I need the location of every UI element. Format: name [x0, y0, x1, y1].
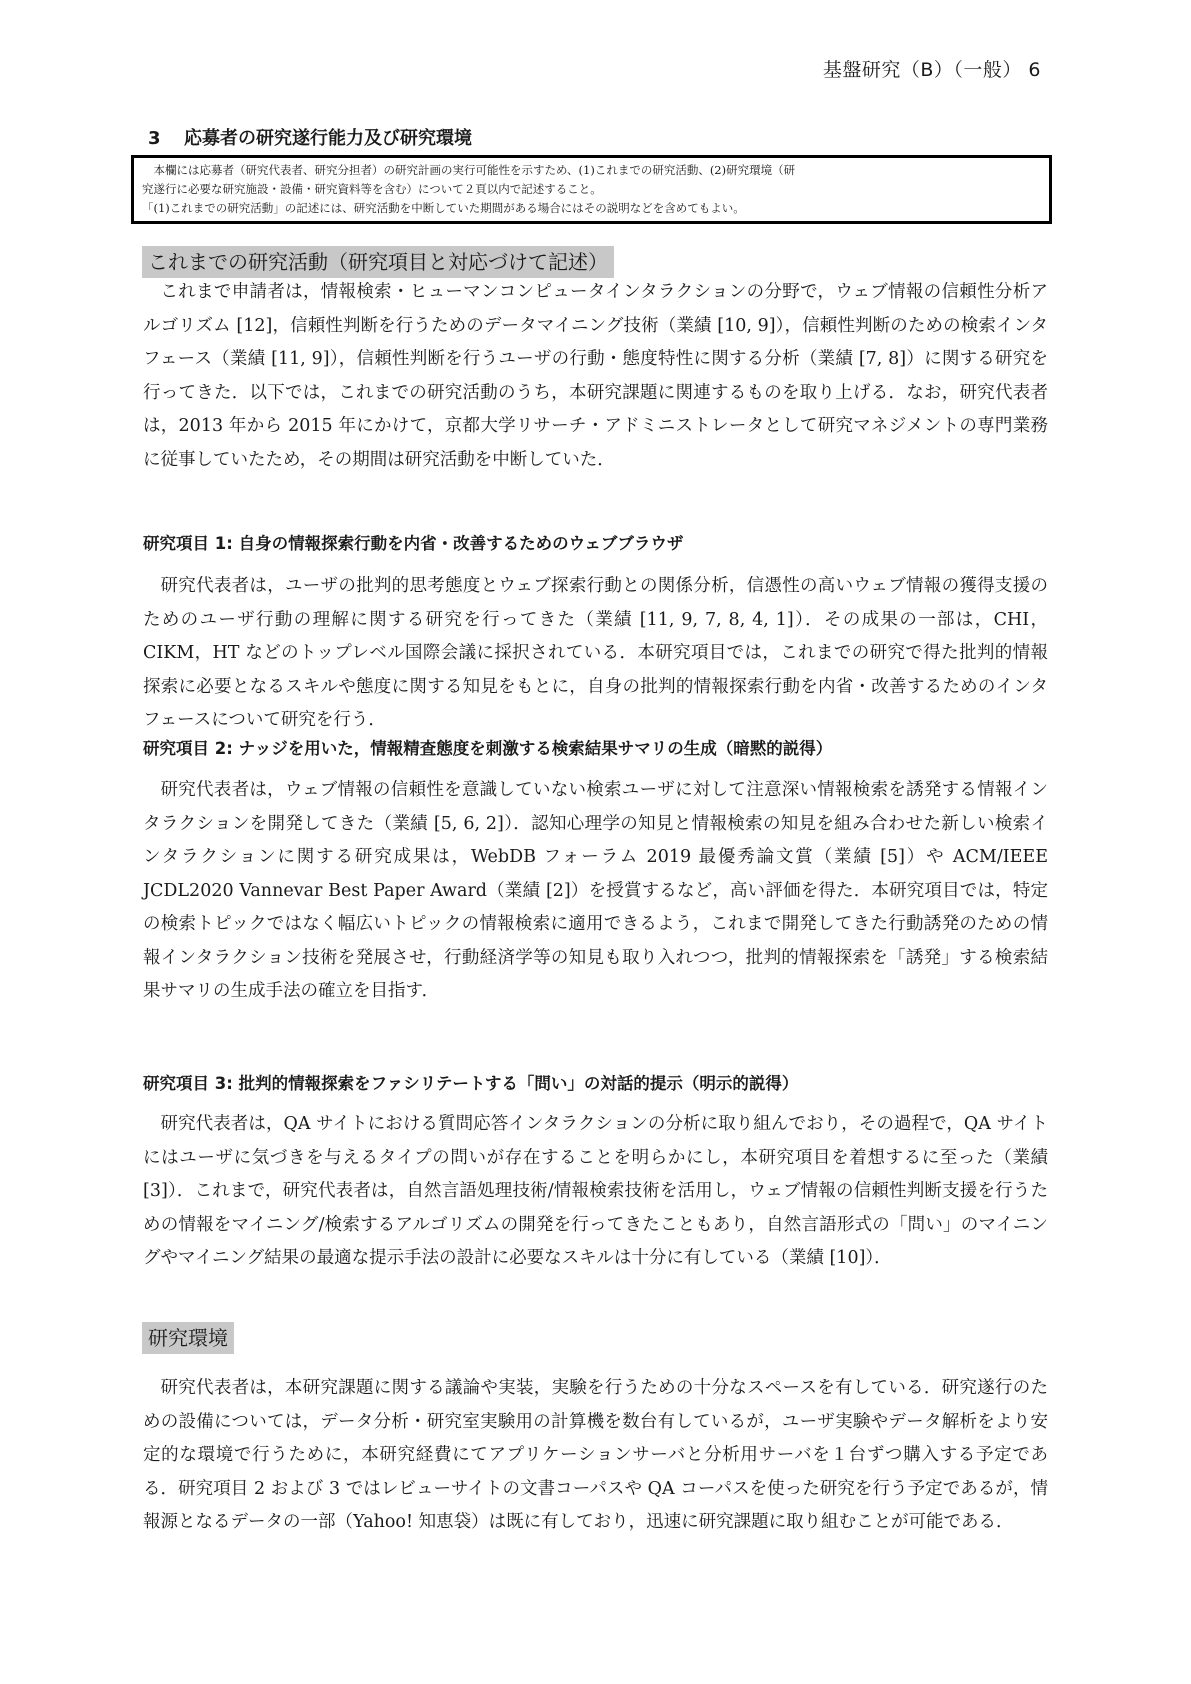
item-3-paragraph: 研究代表者は，QA サイトにおける質問応答インタラクションの分析に取り組んでおり… [143, 1108, 1048, 1276]
environment-heading: 研究環境 [142, 1322, 234, 1354]
item-1-title: 研究項目 1: 自身の情報探索行動を内省・改善するためのウェブブラウザ [143, 530, 683, 554]
section-title-text: 応募者の研究遂行能力及び研究環境 [184, 128, 472, 149]
activities-heading: これまでの研究活動（研究項目と対応づけて記述） [142, 246, 614, 278]
page-header: 基盤研究（B）（一般） 6 [823, 55, 1041, 82]
instruction-line: 本欄には応募者（研究代表者、研究分担者）の研究計画の実行可能性を示すため、(1)… [142, 161, 1041, 180]
instruction-line: 究遂行に必要な研究施設・設備・研究資料等を含む）について２頁以内で記述すること。 [142, 180, 1041, 199]
item-3-title: 研究項目 3: 批判的情報探索をファシリテートする「問い」の対話的提示（明示的説… [143, 1070, 798, 1094]
instructions-box: 本欄には応募者（研究代表者、研究分担者）の研究計画の実行可能性を示すため、(1)… [131, 155, 1052, 224]
item-1-body: 研究代表者は，ユーザの批判的思考態度とウェブ探索行動との関係分析，信憑性の高いウ… [143, 570, 1048, 738]
item-3-body: 研究代表者は，QA サイトにおける質問応答インタラクションの分析に取り組んでおり… [143, 1108, 1048, 1276]
section-number: 3 [148, 128, 184, 149]
item-1-paragraph: 研究代表者は，ユーザの批判的思考態度とウェブ探索行動との関係分析，信憑性の高いウ… [143, 570, 1048, 738]
intro-paragraph: これまで申請者は，情報検索・ヒューマンコンピュータインタラクションの分野で，ウェ… [143, 276, 1048, 477]
section-title: 3応募者の研究遂行能力及び研究環境 [148, 124, 472, 150]
environment-paragraph: 研究代表者は，本研究課題に関する議論や実装，実験を行うための十分なスペースを有し… [143, 1372, 1048, 1540]
environment-body: 研究代表者は，本研究課題に関する議論や実装，実験を行うための十分なスペースを有し… [143, 1372, 1048, 1540]
item-2-body: 研究代表者は，ウェブ情報の信頼性を意識していない検索ユーザに対して注意深い情報検… [143, 774, 1048, 1009]
item-2-paragraph: 研究代表者は，ウェブ情報の信頼性を意識していない検索ユーザに対して注意深い情報検… [143, 774, 1048, 1009]
instruction-line: 「(1)これまでの研究活動」の記述には、研究活動を中断していた期間がある場合には… [142, 199, 1041, 218]
item-2-title: 研究項目 2: ナッジを用いた，情報精査態度を刺激する検索結果サマリの生成（暗黙… [143, 735, 832, 759]
activities-intro: これまで申請者は，情報検索・ヒューマンコンピュータインタラクションの分野で，ウェ… [143, 276, 1048, 477]
